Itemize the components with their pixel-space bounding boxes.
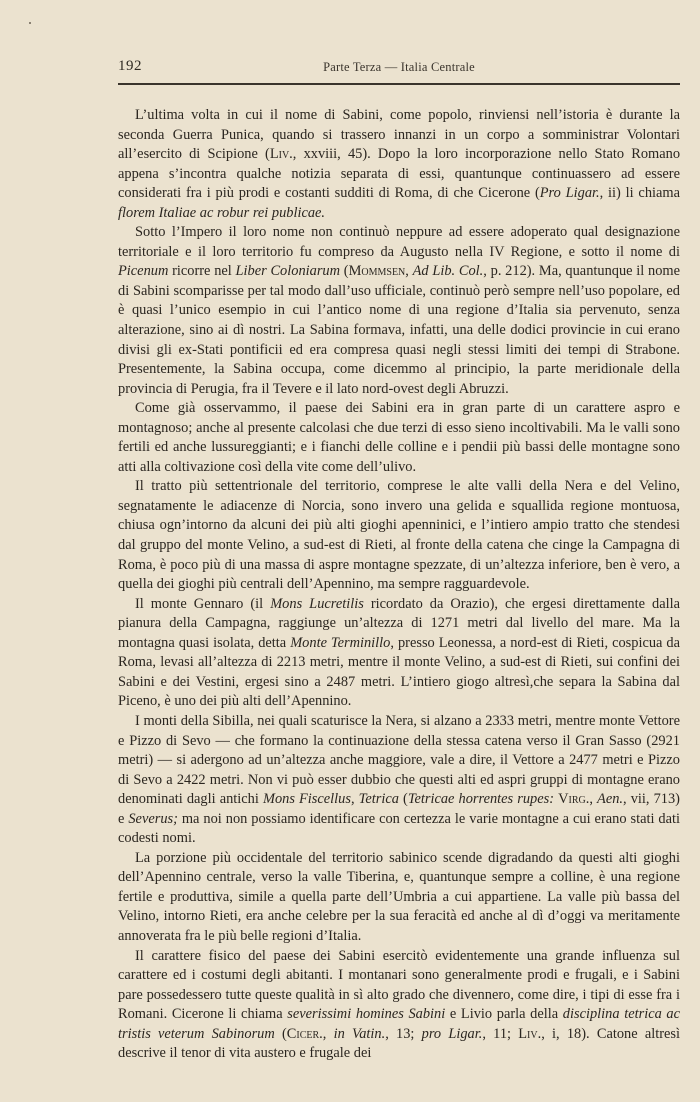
text-run: , p. 212). Ma, quantunque il nome di Sab… [118, 263, 680, 396]
paragraph: Il carattere fisico del paese dei Sabini… [118, 947, 680, 1064]
text-run: e Livio parla della [445, 1006, 563, 1022]
scan-speck [29, 22, 31, 24]
text-run: , [589, 791, 597, 807]
small-caps-text: Liv. [518, 1026, 541, 1042]
text-run: Sotto l’Impero il loro nome non continuò… [118, 224, 680, 260]
text-run: Il tratto più settentrionale del territo… [118, 478, 680, 592]
italic-text: Ad Lib. Col. [413, 263, 484, 279]
text-run: ( [340, 263, 349, 279]
header-rule [118, 83, 680, 85]
italic-text: Aen. [597, 791, 623, 807]
page-header: 192 Parte Terza — Italia Centrale [118, 58, 680, 78]
paragraph: L’ultima volta in cui il nome di Sabini,… [118, 106, 680, 223]
italic-text: Pro Ligar. [540, 185, 600, 201]
italic-text: severissimi homines Sabini [287, 1006, 445, 1022]
italic-text: Tetricae horrentes rupes: [408, 791, 554, 807]
text-run: Come già osservammo, il paese dei Sabini… [118, 400, 680, 475]
text-run: , 11; [482, 1026, 518, 1042]
italic-text: Tetrica [359, 791, 399, 807]
italic-text: Picenum [118, 263, 168, 279]
text-run: ma noi non possiamo iden­tificare con ce… [118, 811, 680, 847]
running-title: Parte Terza — Italia Centrale [118, 60, 680, 75]
text-run: , [351, 791, 359, 807]
italic-text: Severus; [128, 811, 178, 827]
text-run: ( [399, 791, 408, 807]
paragraph: Il monte Gennaro (il Mons Lucretilis ric… [118, 595, 680, 712]
text-run: , 13; [385, 1026, 421, 1042]
text-run: ricorre nel [168, 263, 235, 279]
text-run: , ii) li chiama [600, 185, 680, 201]
text-run: Il monte Gennaro (il [135, 596, 270, 612]
text-run: , [323, 1026, 334, 1042]
italic-text: florem Italiae ac robur rei publicae. [118, 205, 325, 221]
italic-text: Mons Lucretilis [270, 596, 364, 612]
italic-text: in Vatin. [334, 1026, 386, 1042]
italic-text: Liber Coloniarum [236, 263, 341, 279]
paragraph: Il tratto più settentrionale del territo… [118, 477, 680, 594]
paragraph: Come già osservammo, il paese dei Sabini… [118, 399, 680, 477]
small-caps-text: Liv. [270, 146, 293, 162]
paragraph: I monti della Sibilla, nei quali scaturi… [118, 712, 680, 849]
italic-text: Monte Terminillo [290, 635, 390, 651]
italic-text: pro Ligar. [422, 1026, 483, 1042]
text-run: , [405, 263, 412, 279]
text-run: ( [275, 1026, 287, 1042]
small-caps-text: Cicer. [287, 1026, 323, 1042]
text-run: La porzione più occidentale del territor… [118, 850, 680, 944]
paragraph: Sotto l’Impero il loro nome non continuò… [118, 223, 680, 399]
italic-text: Mons Fiscellus [263, 791, 351, 807]
small-caps-text: Mommsen [349, 263, 406, 279]
small-caps-text: Virg. [558, 791, 589, 807]
paragraph: La porzione più occidentale del territor… [118, 849, 680, 947]
body-text: L’ultima volta in cui il nome di Sabini,… [118, 106, 680, 1064]
